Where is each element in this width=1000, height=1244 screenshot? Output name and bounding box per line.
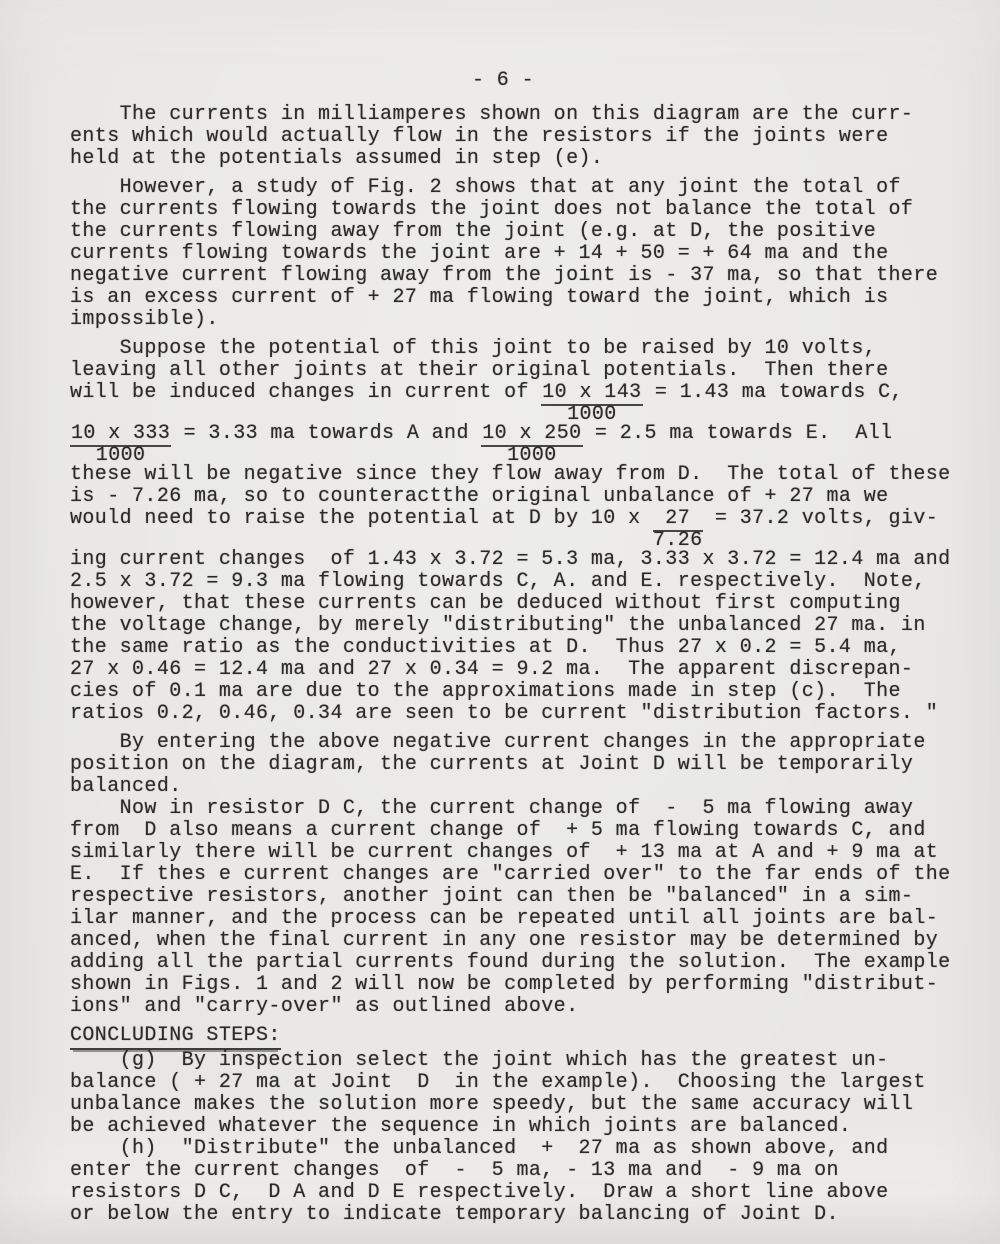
fraction: 10 x 3331000: [70, 423, 171, 464]
text-line: the currents flowing towards the joint d…: [70, 199, 976, 221]
text-line: The currents in milliamperes shown on th…: [70, 104, 976, 126]
page-number: - 6 -: [70, 70, 976, 92]
text-segment: from D also means a current change of + …: [70, 819, 926, 842]
text-segment: the same ratio as the conductivities at …: [70, 636, 901, 659]
text-line: balance ( + 27 ma at Joint D in the exam…: [70, 1072, 976, 1094]
page-number-text: - 6 -: [472, 69, 534, 92]
document-page: - 6 - The currents in milliamperes shown…: [0, 0, 1000, 1244]
fraction-denominator: 1000: [70, 447, 171, 464]
text-line: (h) "Distribute" the unbalanced + 27 ma …: [70, 1138, 976, 1160]
text-segment: be achieved whatever the sequence in whi…: [70, 1115, 851, 1138]
text-line: be achieved whatever the sequence in whi…: [70, 1116, 976, 1138]
text-line: enter the current changes of - 5 ma, - 1…: [70, 1160, 976, 1182]
text-segment: shown in Figs. 1 and 2 will now be compl…: [70, 973, 938, 996]
fraction: 10 x 2501000: [481, 423, 582, 464]
text-segment: however, that these currents can be dedu…: [70, 592, 901, 615]
text-segment: similarly there will be current changes …: [70, 841, 938, 864]
text-segment: = 1.43 ma towards C,: [643, 381, 903, 404]
text-segment: the voltage change, by merely "distribut…: [70, 614, 926, 637]
text-segment: ratios 0.2, 0.46, 0.34 are seen to be cu…: [70, 702, 938, 725]
paragraph: However, a study of Fig. 2 shows that at…: [70, 177, 976, 331]
text-segment: 27 x 0.46 = 12.4 ma and 27 x 0.34 = 9.2 …: [70, 658, 913, 681]
paragraph: Suppose the potential of this joint to b…: [70, 338, 976, 725]
text-line: E. If thes e current changes are "carrie…: [70, 864, 976, 886]
text-segment: negative current flowing away from the j…: [70, 264, 938, 287]
text-line: (g) By inspection select the joint which…: [70, 1050, 976, 1072]
text-line: is an excess current of + 27 ma flowing …: [70, 287, 976, 309]
text-segment: ions" and "carry-over" as outlined above…: [70, 995, 578, 1018]
text-segment: leaving all other joints at their origin…: [70, 359, 889, 382]
fraction: 277.26: [653, 508, 703, 549]
paragraph: The currents in milliamperes shown on th…: [70, 104, 976, 170]
text-segment: ilar manner, and the process can be repe…: [70, 907, 938, 930]
paragraph: (h) "Distribute" the unbalanced + 27 ma …: [70, 1138, 976, 1226]
text-line: the same ratio as the conductivities at …: [70, 637, 976, 659]
text-segment: However, a study of Fig. 2 shows that at…: [70, 176, 901, 199]
text-segment: ing current changes of 1.43 x 3.72 = 5.3…: [70, 548, 951, 571]
text-line: these will be negative since they flow a…: [70, 464, 976, 486]
text-segment: Now in resistor D C, the current change …: [70, 797, 913, 820]
text-line: leaving all other joints at their origin…: [70, 360, 976, 382]
text-segment: anced, when the final current in any one…: [70, 929, 938, 952]
text-line: 2.5 x 3.72 = 9.3 ma flowing towards C, A…: [70, 571, 976, 593]
text-segment: Suppose the potential of this joint to b…: [70, 337, 876, 360]
text-line: currents flowing towards the joint are +…: [70, 243, 976, 265]
text-line: will be induced changes in current of 10…: [70, 382, 976, 423]
heading-text: CONCLUDING STEPS:: [70, 1025, 281, 1050]
text-line: the currents flowing away from the joint…: [70, 221, 976, 243]
text-segment: ents which would actually flow in the re…: [70, 125, 889, 148]
text-segment: the currents flowing towards the joint d…: [70, 198, 913, 221]
text-segment: 2.5 x 3.72 = 9.3 ma flowing towards C, A…: [70, 570, 926, 593]
text-segment: the currents flowing away from the joint…: [70, 220, 876, 243]
text-line: impossible).: [70, 309, 976, 331]
text-line: anced, when the final current in any one…: [70, 930, 976, 952]
text-line: negative current flowing away from the j…: [70, 265, 976, 287]
text-segment: these will be negative since they flow a…: [70, 463, 951, 486]
text-line: similarly there will be current changes …: [70, 842, 976, 864]
text-segment: = 2.5 ma towards E. All: [583, 422, 893, 445]
text-segment: By entering the above negative current c…: [70, 731, 926, 754]
text-segment: cies of 0.1 ma are due to the approximat…: [70, 680, 901, 703]
text-segment: The currents in milliamperes shown on th…: [70, 103, 913, 126]
text-segment: position on the diagram, the currents at…: [70, 753, 913, 776]
text-line: However, a study of Fig. 2 shows that at…: [70, 177, 976, 199]
text-line: 27 x 0.46 = 12.4 ma and 27 x 0.34 = 9.2 …: [70, 659, 976, 681]
text-segment: is - 7.26 ma, so to counteractthe origin…: [70, 485, 889, 508]
text-segment: held at the potentials assumed in step (…: [70, 147, 603, 170]
fraction-denominator: 1000: [541, 406, 642, 423]
text-segment: respective resistors, another joint can …: [70, 885, 913, 908]
text-line: from D also means a current change of + …: [70, 820, 976, 842]
text-line: shown in Figs. 1 and 2 will now be compl…: [70, 974, 976, 996]
text-segment: enter the current changes of - 5 ma, - 1…: [70, 1159, 839, 1182]
text-segment: (h) "Distribute" the unbalanced + 27 ma …: [70, 1137, 889, 1160]
text-segment: or below the entry to indicate temporary…: [70, 1203, 839, 1226]
text-segment: balanced.: [70, 775, 182, 798]
text-segment: adding all the partial currents found du…: [70, 951, 951, 974]
text-segment: = 37.2 volts, giv-: [703, 507, 939, 530]
paragraph: (g) By inspection select the joint which…: [70, 1050, 976, 1138]
text-line: held at the potentials assumed in step (…: [70, 148, 976, 170]
text-segment: will be induced changes in current of: [70, 381, 541, 404]
text-segment: unbalance makes the solution more speedy…: [70, 1093, 913, 1116]
text-line: however, that these currents can be dedu…: [70, 593, 976, 615]
text-line: ions" and "carry-over" as outlined above…: [70, 996, 976, 1018]
text-line: By entering the above negative current c…: [70, 732, 976, 754]
text-segment: would need to raise the potential at D b…: [70, 507, 653, 530]
text-segment: (g) By inspection select the joint which…: [70, 1049, 889, 1072]
text-line: 10 x 3331000 = 3.33 ma towards A and 10 …: [70, 423, 976, 464]
section-heading: CONCLUDING STEPS:: [70, 1025, 976, 1050]
paragraph: By entering the above negative current c…: [70, 732, 976, 798]
text-line: ratios 0.2, 0.46, 0.34 are seen to be cu…: [70, 703, 976, 725]
text-line: position on the diagram, the currents at…: [70, 754, 976, 776]
text-line: ents which would actually flow in the re…: [70, 126, 976, 148]
text-line: adding all the partial currents found du…: [70, 952, 976, 974]
text-line: resistors D C, D A and D E respectively.…: [70, 1182, 976, 1204]
text-line: the voltage change, by merely "distribut…: [70, 615, 976, 637]
text-line: unbalance makes the solution more speedy…: [70, 1094, 976, 1116]
text-line: balanced.: [70, 776, 976, 798]
text-segment: currents flowing towards the joint are +…: [70, 242, 889, 265]
text-segment: = 3.33 ma towards A and: [171, 422, 481, 445]
fraction-denominator: 1000: [481, 447, 582, 464]
text-segment: resistors D C, D A and D E respectively.…: [70, 1181, 889, 1204]
text-line: Now in resistor D C, the current change …: [70, 798, 976, 820]
text-line: cies of 0.1 ma are due to the approximat…: [70, 681, 976, 703]
text-segment: balance ( + 27 ma at Joint D in the exam…: [70, 1071, 926, 1094]
fraction: 10 x 1431000: [541, 382, 642, 423]
fraction-denominator: 7.26: [653, 532, 703, 549]
text-segment: impossible).: [70, 308, 219, 331]
text-line: Suppose the potential of this joint to b…: [70, 338, 976, 360]
text-segment: E. If thes e current changes are "carrie…: [70, 863, 951, 886]
text-segment: is an excess current of + 27 ma flowing …: [70, 286, 889, 309]
text-line: would need to raise the potential at D b…: [70, 508, 976, 549]
text-line: respective resistors, another joint can …: [70, 886, 976, 908]
paragraph: Now in resistor D C, the current change …: [70, 798, 976, 1018]
text-line: ing current changes of 1.43 x 3.72 = 5.3…: [70, 549, 976, 571]
text-line: is - 7.26 ma, so to counteractthe origin…: [70, 486, 976, 508]
text-line: ilar manner, and the process can be repe…: [70, 908, 976, 930]
text-line: or below the entry to indicate temporary…: [70, 1204, 976, 1226]
